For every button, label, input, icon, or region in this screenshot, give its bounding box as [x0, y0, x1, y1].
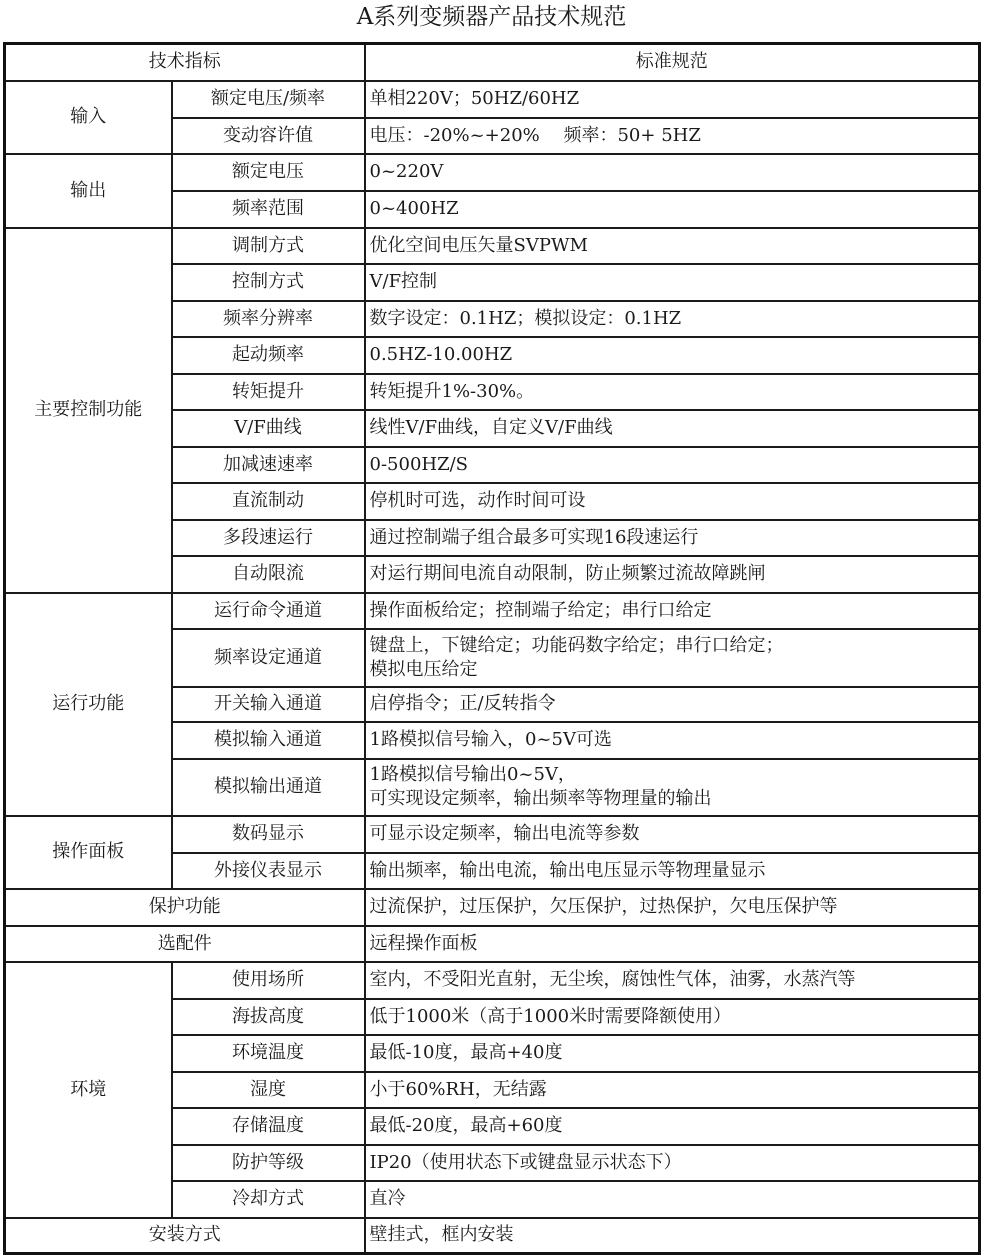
group-label-environment: 环境: [5, 962, 172, 1218]
item-label: 加减速速率: [172, 447, 365, 483]
item-label: 外接仪表显示: [172, 853, 365, 889]
group-label-installation: 安装方式: [5, 1218, 365, 1254]
item-label: V/F曲线: [172, 410, 365, 447]
item-label: 运行命令通道: [172, 593, 365, 629]
item-label: 冷却方式: [172, 1181, 365, 1218]
item-label: 环境温度: [172, 1035, 365, 1072]
spec-value: 1路模拟信号输入，0~5V可选: [365, 722, 980, 759]
item-label: 控制方式: [172, 264, 365, 301]
spec-value: 室内，不受阳光直射，无尘埃，腐蚀性气体，油雾，水蒸汽等: [365, 962, 980, 999]
spec-value: 启停指令；正/反转指令: [365, 687, 980, 722]
spec-value: 远程操作面板: [365, 926, 980, 962]
group-label-operation: 运行功能: [5, 593, 172, 816]
item-label: 开关输入通道: [172, 687, 365, 722]
item-label: 额定电压: [172, 154, 365, 191]
item-label: 使用场所: [172, 962, 365, 999]
header-indicator: 技术指标: [5, 44, 365, 81]
item-label: 直流制动: [172, 483, 365, 520]
spec-value: 1路模拟信号输出0~5V， 可实现设定频率，输出频率等物理量的输出: [365, 759, 980, 816]
spec-value: 通过控制端子组合最多可实现16段速运行: [365, 520, 980, 556]
table-header-row: 技术指标 标准规范: [5, 44, 980, 81]
item-label: 频率范围: [172, 191, 365, 228]
spec-value: 0~220V: [365, 154, 980, 191]
spec-value: 最低-20度，最高+60度: [365, 1108, 980, 1145]
table-row: 输出 额定电压 0~220V: [5, 154, 980, 191]
item-label: 数码显示: [172, 816, 365, 853]
table-row: 操作面板 数码显示 可显示设定频率，输出电流等参数: [5, 816, 980, 853]
item-label: 频率分辨率: [172, 301, 365, 337]
table-row: 环境 使用场所 室内，不受阳光直射，无尘埃，腐蚀性气体，油雾，水蒸汽等: [5, 962, 980, 999]
table-row: 主要控制功能 调制方式 优化空间电压矢量SVPWM: [5, 228, 980, 264]
spec-value: 最低-10度，最高+40度: [365, 1035, 980, 1072]
spec-value: 线性V/F曲线，自定义V/F曲线: [365, 410, 980, 447]
spec-value: 单相220V；50HZ/60HZ: [365, 81, 980, 118]
item-label: 海拔高度: [172, 999, 365, 1035]
spec-value: 停机时可选，动作时间可设: [365, 483, 980, 520]
spec-value: 转矩提升1%-30%。: [365, 374, 980, 410]
spec-value: 电压：-20%~+20% 频率：50+ 5HZ: [365, 118, 980, 154]
table-row: 输入 额定电压/频率 单相220V；50HZ/60HZ: [5, 81, 980, 118]
spec-value: 直冷: [365, 1181, 980, 1218]
item-label: 频率设定通道: [172, 629, 365, 687]
item-label: 多段速运行: [172, 520, 365, 556]
item-label: 防护等级: [172, 1145, 365, 1181]
group-label-input: 输入: [5, 81, 172, 154]
item-label: 存储温度: [172, 1108, 365, 1145]
spec-value: 输出频率，输出电流，输出电压显示等物理量显示: [365, 853, 980, 889]
item-label: 变动容许值: [172, 118, 365, 154]
spec-value: 小于60%RH，无结露: [365, 1072, 980, 1108]
spec-value: 0~400HZ: [365, 191, 980, 228]
group-label-output: 输出: [5, 154, 172, 228]
spec-value: 数字设定：0.1HZ；模拟设定：0.1HZ: [365, 301, 980, 337]
spec-value: 壁挂式，框内安装: [365, 1218, 980, 1254]
item-label: 模拟输入通道: [172, 722, 365, 759]
header-spec: 标准规范: [365, 44, 980, 81]
spec-value: 键盘上，下键给定；功能码数字给定；串行口给定； 模拟电压给定: [365, 629, 980, 687]
group-label-control: 主要控制功能: [5, 228, 172, 593]
spec-value: 优化空间电压矢量SVPWM: [365, 228, 980, 264]
spec-value: 对运行期间电流自动限制，防止频繁过流故障跳闸: [365, 556, 980, 593]
spec-value: 0.5HZ-10.00HZ: [365, 337, 980, 374]
group-label-accessory: 选配件: [5, 926, 365, 962]
item-label: 起动频率: [172, 337, 365, 374]
spec-value: V/F控制: [365, 264, 980, 301]
item-label: 调制方式: [172, 228, 365, 264]
spec-value: IP20（使用状态下或键盘显示状态下）: [365, 1145, 980, 1181]
table-row: 保护功能 过流保护，过压保护，欠压保护，过热保护，欠电压保护等: [5, 889, 980, 926]
spec-value: 可显示设定频率，输出电流等参数: [365, 816, 980, 853]
spec-value: 过流保护，过压保护，欠压保护，过热保护，欠电压保护等: [365, 889, 980, 926]
item-label: 湿度: [172, 1072, 365, 1108]
spec-value: 操作面板给定；控制端子给定；串行口给定: [365, 593, 980, 629]
table-row: 选配件 远程操作面板: [5, 926, 980, 962]
group-label-panel: 操作面板: [5, 816, 172, 889]
document-title: A系列变频器产品技术规范: [0, 2, 983, 32]
item-label: 模拟输出通道: [172, 759, 365, 816]
group-label-protection: 保护功能: [5, 889, 365, 926]
item-label: 转矩提升: [172, 374, 365, 410]
table-row: 运行功能 运行命令通道 操作面板给定；控制端子给定；串行口给定: [5, 593, 980, 629]
spec-table: 技术指标 标准规范 输入 额定电压/频率 单相220V；50HZ/60HZ 变动…: [3, 42, 981, 1255]
item-label: 自动限流: [172, 556, 365, 593]
spec-value: 低于1000米（高于1000米时需要降额使用）: [365, 999, 980, 1035]
item-label: 额定电压/频率: [172, 81, 365, 118]
spec-value: 0-500HZ/S: [365, 447, 980, 483]
table-row: 安装方式 壁挂式，框内安装: [5, 1218, 980, 1254]
